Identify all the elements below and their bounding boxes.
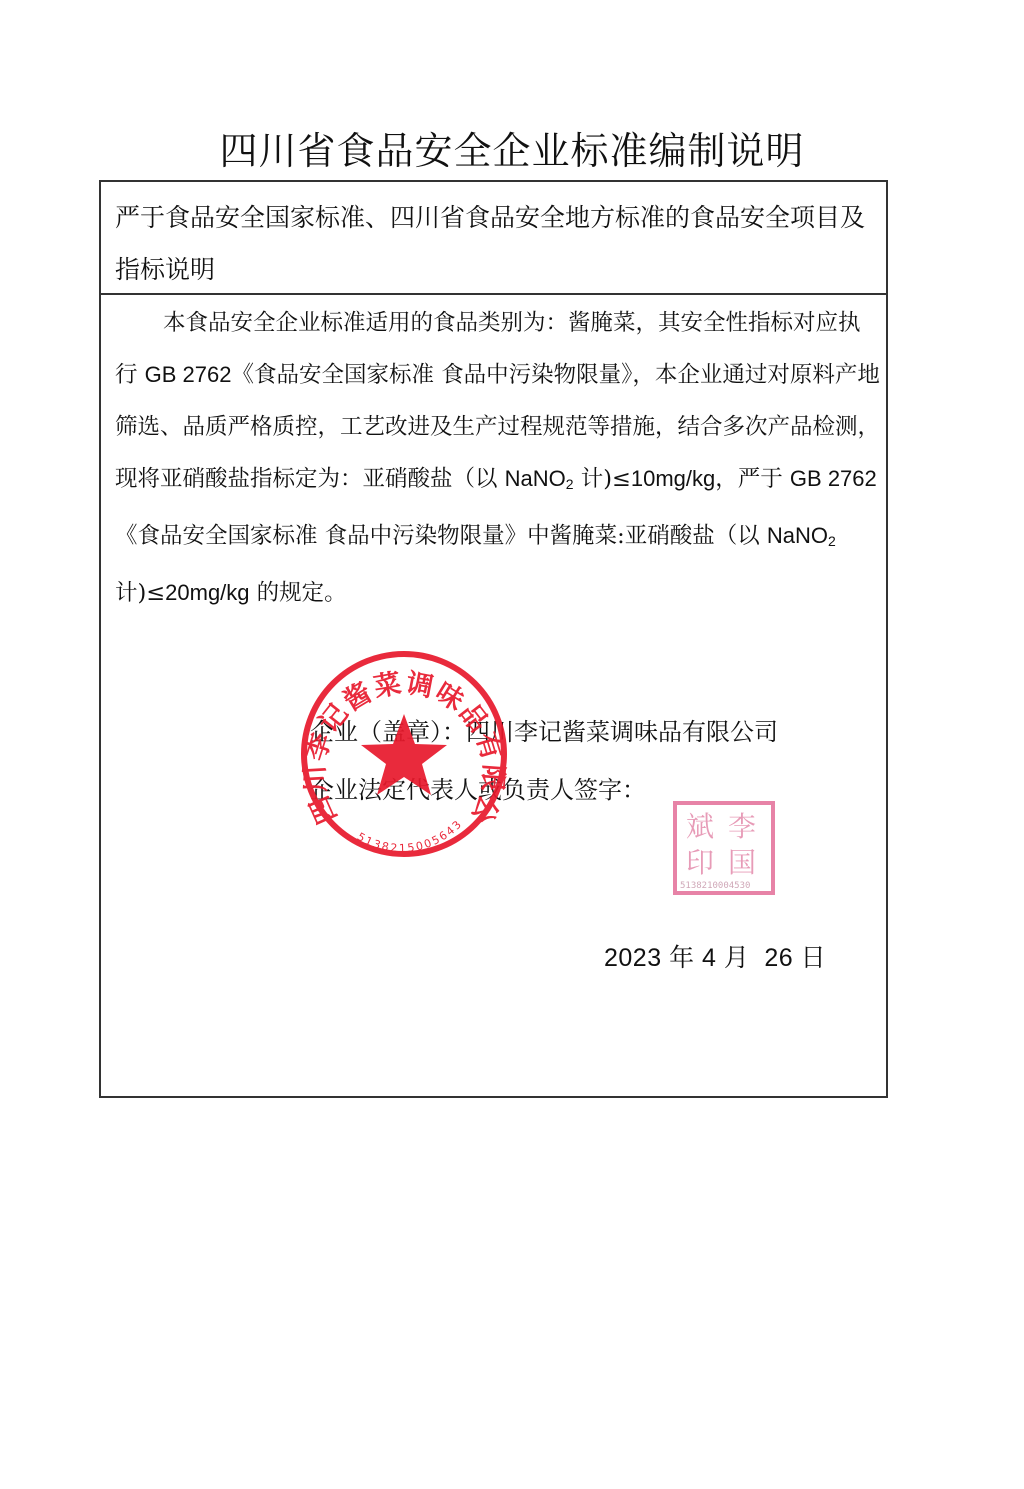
page-title: 四川省食品安全企业标准编制说明 (0, 120, 1024, 175)
representative-signature-line: 企业法定代表人或负责人签字： (310, 770, 646, 805)
date-year: 2023 (604, 944, 662, 972)
body-text-4: ，严于 (715, 466, 790, 492)
statement-body: 本食品安全企业标准适用的食品类别为：酱腌菜，其安全性指标对应执行 GB 2762… (115, 297, 880, 619)
body-text-5: 《食品安全国家标准 食品中污染物限量》中酱腌菜:亚硝酸盐（以 (115, 523, 767, 549)
nitrite-limit-enterprise: 10mg/kg (631, 466, 715, 491)
standard-code: GB 2762 (790, 466, 877, 491)
date-month: 4 (702, 944, 716, 972)
section-heading: 严于食品安全国家标准、四川省食品安全地方标准的食品安全项目及指标说明 (115, 192, 880, 296)
date-day: 26 (764, 944, 793, 972)
nitrite-limit-national: 20mg/kg (165, 580, 249, 605)
company-stamp-label: 企业（盖章）： (310, 718, 466, 746)
company-name: 四川李记酱菜调味品有限公司 (466, 718, 778, 746)
representative-label: 企业法定代表人或负责人签字： (310, 776, 646, 804)
body-text-7: 的规定。 (250, 580, 347, 606)
date-day-unit: 日 (801, 944, 827, 972)
signing-date: 2023 年 4 月 26 日 (604, 938, 826, 974)
body-text-3: 计)≤ (574, 466, 631, 492)
section-heading-row: 严于食品安全国家标准、四川省食品安全地方标准的食品安全项目及指标说明 (101, 182, 886, 295)
company-stamp-line: 企业（盖章）：四川李记酱菜调味品有限公司 (310, 712, 778, 747)
date-month-unit: 月 (724, 944, 750, 972)
chemical-formula: NaNO2 (767, 523, 836, 548)
standard-code: GB 2762 (145, 362, 232, 387)
chemical-formula: NaNO2 (505, 466, 574, 491)
date-year-unit: 年 (669, 944, 695, 972)
body-text-6: 计)≤ (115, 580, 165, 606)
